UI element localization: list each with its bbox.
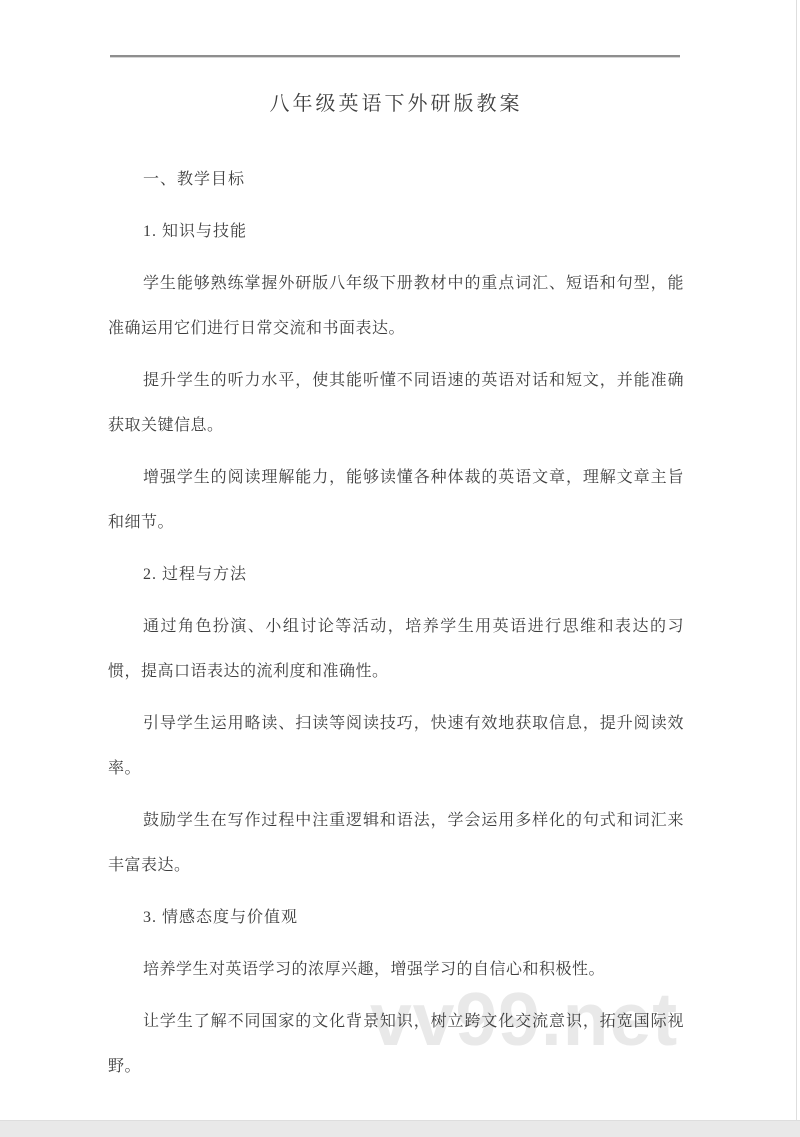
document-paragraph: 学生能够熟练掌握外研版八年级下册教材中的重点词汇、短语和句型，能准确运用它们进行… bbox=[108, 261, 684, 351]
document-paragraph: 增强学生的阅读理解能力，能够读懂各种体裁的英语文章，理解文章主旨和细节。 bbox=[108, 455, 684, 545]
document-paragraph: 提升学生的听力水平，使其能听懂不同语速的英语对话和短文，并能准确获取关键信息。 bbox=[108, 358, 684, 448]
document-heading: 1. 知识与技能 bbox=[143, 209, 684, 254]
document-paragraph: 通过角色扮演、小组讨论等活动，培养学生用英语进行思维和表达的习惯，提高口语表达的… bbox=[108, 604, 684, 694]
document-body: 一、教学目标1. 知识与技能学生能够熟练掌握外研版八年级下册教材中的重点词汇、短… bbox=[108, 157, 684, 1089]
document-heading: 一、教学目标 bbox=[143, 157, 684, 202]
page-right-edge bbox=[796, 0, 797, 1120]
document-heading: 2. 过程与方法 bbox=[143, 552, 684, 597]
document-viewer: 八年级英语下外研版教案 一、教学目标1. 知识与技能学生能够熟练掌握外研版八年级… bbox=[0, 0, 800, 1137]
document-page: 八年级英语下外研版教案 一、教学目标1. 知识与技能学生能够熟练掌握外研版八年级… bbox=[108, 0, 684, 1089]
document-paragraph: 培养学生对英语学习的浓厚兴趣，增强学习的自信心和积极性。 bbox=[108, 947, 684, 992]
document-title: 八年级英语下外研版教案 bbox=[108, 82, 684, 127]
document-paragraph: 让学生了解不同国家的文化背景知识，树立跨文化交流意识，拓宽国际视野。 bbox=[108, 999, 684, 1089]
footer-bar bbox=[0, 1120, 800, 1137]
document-paragraph: 鼓励学生在写作过程中注重逻辑和语法，学会运用多样化的句式和词汇来丰富表达。 bbox=[108, 798, 684, 888]
document-heading: 3. 情感态度与价值观 bbox=[143, 895, 684, 940]
document-paragraph: 引导学生运用略读、扫读等阅读技巧，快速有效地获取信息，提升阅读效率。 bbox=[108, 701, 684, 791]
